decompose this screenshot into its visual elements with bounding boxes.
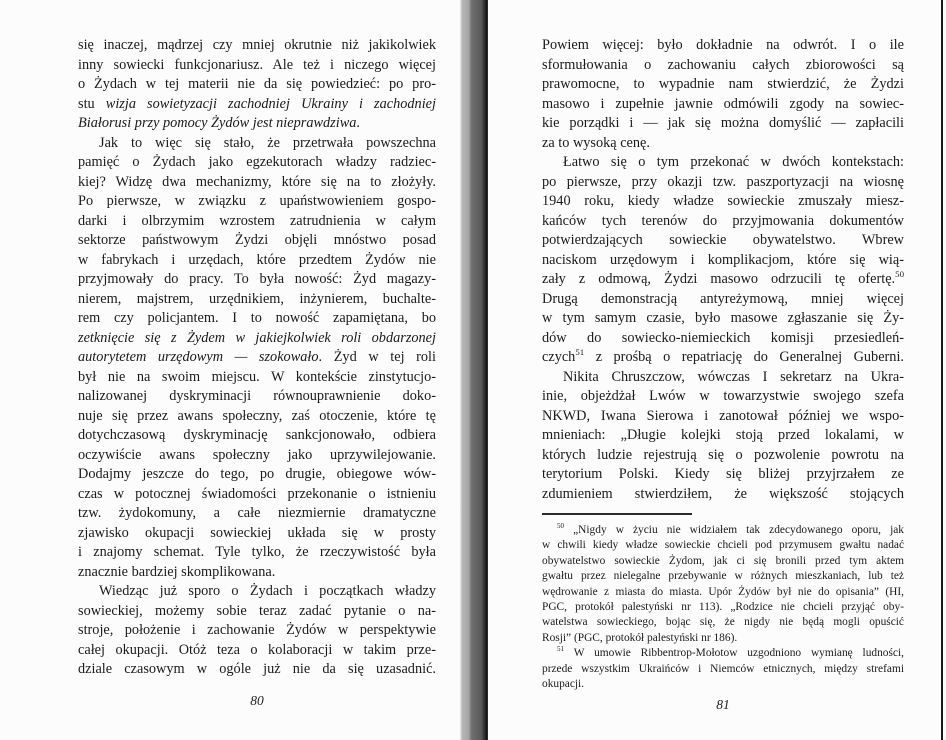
text-run: 1940 roku, kiedy władze sowieckie zmusza…: [542, 193, 904, 209]
text-line: nuje się przez awans społeczny, zaś otoc…: [78, 407, 436, 427]
text-run: się inaczej, mądrzej czy mniej okrutnie …: [78, 37, 436, 53]
text-run: wizja sowietyzacji zachodniej Ukrainy i …: [106, 96, 436, 112]
text-run: znacznie bardziej skomplikowana.: [78, 564, 275, 580]
text-line: przede wszystkim Ukraińców i Niemców etn…: [542, 662, 904, 677]
text-run: autorytetem urzędowym — szokowało: [78, 349, 319, 365]
text-line: autorytetem urzędowym — szokowało. Żyd w…: [78, 348, 436, 368]
text-line: dotychczasową dyskryminację sankcjonował…: [78, 426, 436, 446]
text-run: obywatelstwo sowieckie Żydom, jak ci się…: [542, 555, 904, 567]
text-run: dotychczasową dyskryminację sankcjonował…: [78, 427, 436, 443]
text-line: Wiedząc już sporo o Żydach i początkach …: [78, 582, 436, 602]
text-run: i znajomy schemat. Tyle tylko, że rzeczy…: [78, 544, 436, 560]
text-run: w fabrykach i urzędach, które przedtem Ż…: [78, 252, 436, 268]
text-run: których ludzie rejestrują się o pozwolen…: [542, 447, 904, 463]
text-run: dów do sowiecko-niemieckich komisji prze…: [542, 330, 904, 346]
text-line: po pierwsze, przy okazji tzw. paszportyz…: [542, 173, 904, 193]
text-line: w fabrykach i urzędach, które przedtem Ż…: [78, 251, 436, 271]
text-line: watelstwa sowieckiego, bojąc się, że nig…: [542, 615, 904, 630]
text-run: Nikita Chruszczow, wówczas I sekretarz n…: [563, 369, 904, 385]
text-line: stroje, położenie i zachowanie Żydów w p…: [78, 621, 436, 641]
text-line: sektorze państwowym Żydzi objęli mnóstwo…: [78, 231, 436, 251]
text-line: dów do sowiecko-niemieckich komisji prze…: [542, 329, 904, 349]
text-line: i znajomy schemat. Tyle tylko, że rzeczy…: [78, 543, 436, 563]
text-run: prawomocne, to wypadnie nam stwierdzić, …: [542, 76, 904, 92]
text-line: PGC, protokół palestyński nr 113). „Rodz…: [542, 600, 904, 615]
text-line: zjawisko okupacji sowieckiej układa się …: [78, 524, 436, 544]
text-line: nierem, majstrem, urzędnikiem, inżyniere…: [78, 290, 436, 310]
text-run: watelstwa sowieckiego, bojąc się, że nig…: [542, 616, 904, 628]
text-run: W umowie Ribbentrop-Mołotow uzgodniono w…: [564, 647, 904, 659]
text-run: po pierwsze, przy okazji tzw. paszportyz…: [542, 174, 904, 190]
text-line: kie porządki i — jak się można domyślić …: [542, 114, 904, 134]
text-line: prawomocne, to wypadnie nam stwierdzić, …: [542, 75, 904, 95]
text-run: „Nigdy w życiu nie widziałem tak zdecydo…: [564, 524, 904, 536]
text-run: wędrowanie z miasta do miasta. Upór Żydó…: [542, 586, 904, 598]
text-run: Łatwo się o tym przekonać w dwóch kontek…: [563, 154, 904, 170]
footnote-marker: 50: [557, 522, 564, 530]
text-line: potwierdzających sowieckie obywatelstwo.…: [542, 231, 904, 251]
text-run: Drugą demonstracją antyreżymową, mniej w…: [542, 291, 904, 307]
text-run: zały z odmową, Żydzi masowo odrzucili tę…: [542, 271, 895, 287]
text-line: Dodajmy jeszcze do tego, po drugie, obie…: [78, 465, 436, 485]
text-line: w tym samym czasie, było masowe zgłaszan…: [542, 309, 904, 329]
text-line: w chwili kiedy władze sowieckie chcieli …: [542, 538, 904, 553]
text-line: znacznie bardziej skomplikowana.: [78, 563, 436, 583]
text-run: przyjmowały do pracy. To była nowość: Ży…: [78, 271, 436, 287]
text-run: czych: [542, 349, 575, 365]
text-run: o Żydach w tej materii nie da się powied…: [78, 76, 436, 92]
footnote-rule: [542, 513, 692, 515]
text-line: Powiem więcej: było dokładnie na odwrót.…: [542, 36, 904, 56]
left-page-number: 80: [78, 693, 436, 709]
footnote-marker: 51: [575, 347, 584, 357]
text-line: terytorium Polski. Kiedy się bliżej przy…: [542, 465, 904, 485]
scan-edge-line: [941, 0, 943, 740]
text-run: inny sowiecki funkcjonariusz. Ale też i …: [78, 57, 436, 73]
text-line: wędrowanie z miasta do miasta. Upór Żydó…: [542, 585, 904, 600]
text-line: zdumieniem stwierdziłem, że większość st…: [542, 485, 904, 505]
text-line: nalizowanej dyskryminacji równouprawnien…: [78, 387, 436, 407]
text-line: całej okupacji. Otóż teza o kolaboracji …: [78, 641, 436, 661]
text-line: Białorusi przy pomocy Żydów jest niepraw…: [78, 114, 436, 134]
text-run: stu: [78, 96, 106, 112]
book-gutter-shadow: [460, 0, 488, 740]
text-line: sformułowania o zachowaniu całych zbioro…: [542, 56, 904, 76]
text-run: darki i olbrzymim wzrostem zatrudnienia …: [78, 213, 436, 229]
text-line: gwałtu przez nielegalne przebywanie w ró…: [542, 569, 904, 584]
text-line: zetknięcie się z Żydem w jakiejkolwiek r…: [78, 329, 436, 349]
right-page-text: Powiem więcej: było dokładnie na odwrót.…: [542, 36, 904, 504]
text-run: Wiedząc już sporo o Żydach i początkach …: [99, 583, 436, 599]
text-run: w chwili kiedy władze sowieckie chcieli …: [542, 539, 904, 551]
text-run: całej okupacji. Otóż teza o kolaboracji …: [78, 642, 436, 658]
footnote-section: 50 „Nigdy w życiu nie widziałem tak zdec…: [542, 523, 904, 692]
text-run: Rosji” (PGC, protokół palestyński nr 186…: [542, 632, 737, 644]
text-run: kiej? Widzę dwa mechanizmy, które się na…: [78, 174, 436, 190]
text-run: nuje się przez awans społeczny, zaś otoc…: [78, 408, 436, 424]
text-run: . Żyd w tej roli: [319, 349, 437, 365]
text-run: rem czy policjantem. I to nowość zapamię…: [78, 310, 436, 326]
text-line: Jak to więc się stało, że przetrwała pow…: [78, 134, 436, 154]
text-line: o Żydach w tej materii nie da się powied…: [78, 75, 436, 95]
text-run: inie, objeżdżał Lwów w towarzystwie swoj…: [542, 388, 904, 404]
text-run: kie porządki i — jak się można domyślić …: [542, 115, 904, 131]
text-line: naciskom urzędowym i komplikacjom, które…: [542, 251, 904, 271]
text-run: masowo i zupełnie jawnie odmówili zgody …: [542, 96, 904, 112]
text-line: za to wysoką cenę.: [542, 134, 904, 154]
text-run: Białorusi przy pomocy Żydów jest niepraw…: [78, 115, 356, 131]
text-line: stu wizja sowietyzacji zachodniej Ukrain…: [78, 95, 436, 115]
text-line: tzw. żydokomuny, a całe niezmiernie dram…: [78, 504, 436, 524]
text-run: Powiem więcej: było dokładnie na odwrót.…: [542, 37, 904, 53]
text-run: naciskom urzędowym i komplikacjom, które…: [542, 252, 904, 268]
book-scan: się inaczej, mądrzej czy mniej okrutnie …: [0, 0, 946, 740]
text-line: Łatwo się o tym przekonać w dwóch kontek…: [542, 153, 904, 173]
text-run: okupacji.: [542, 678, 584, 690]
text-line: przyjmowały do pracy. To była nowość: Ży…: [78, 270, 436, 290]
text-run: pamięć o Żydach jako egzekutorach władzy…: [78, 154, 436, 170]
text-run: czas w potocznej świadomości przekonanie…: [78, 486, 436, 502]
left-page-text: się inaczej, mądrzej czy mniej okrutnie …: [78, 36, 436, 680]
right-page: Powiem więcej: było dokładnie na odwrót.…: [542, 36, 904, 692]
text-line: kiej? Widzę dwa mechanizmy, które się na…: [78, 173, 436, 193]
text-run: gwałtu przez nielegalne przebywanie w ró…: [542, 570, 904, 582]
footnote-block: 50 „Nigdy w życiu nie widziałem tak zdec…: [542, 513, 904, 692]
text-line: okupacji.: [542, 677, 904, 692]
text-line: mnieniach: „Długie kolejki stoją przed l…: [542, 426, 904, 446]
text-run: Jak to więc się stało, że przetrwała pow…: [99, 135, 436, 151]
text-line: 50 „Nigdy w życiu nie widziałem tak zdec…: [542, 523, 904, 538]
text-run: terytorium Polski. Kiedy się bliżej przy…: [542, 466, 904, 482]
footnote-marker: 50: [895, 269, 904, 279]
text-run: w tym samym czasie, było masowe zgłaszan…: [542, 310, 904, 326]
footnote-marker: 51: [557, 645, 564, 653]
text-line: inny sowiecki funkcjonariusz. Ale też i …: [78, 56, 436, 76]
text-line: inie, objeżdżał Lwów w towarzystwie swoj…: [542, 387, 904, 407]
text-run: sowieckiej, możemy sobie teraz zadać pyt…: [78, 603, 436, 619]
text-line: Rosji” (PGC, protokół palestyński nr 186…: [542, 631, 904, 646]
text-line: czych51 z prośbą o repatriację do Genera…: [542, 348, 904, 368]
text-line: pamięć o Żydach jako egzekutorach władzy…: [78, 153, 436, 173]
text-line: darki i olbrzymim wzrostem zatrudnienia …: [78, 212, 436, 232]
text-line: zały z odmową, Żydzi masowo odrzucili tę…: [542, 270, 904, 290]
text-run: był nie na swoim miejscu. W kontekście z…: [78, 369, 436, 385]
text-run: przede wszystkim Ukraińców i Niemców etn…: [542, 663, 904, 675]
text-run: z prośbą o repatriację do Generalnej Gub…: [584, 349, 904, 365]
text-run: potwierdzających sowieckie obywatelstwo.…: [542, 232, 904, 248]
text-line: których ludzie rejestrują się o pozwolen…: [542, 446, 904, 466]
text-run: oczywiście awans społeczny jako uprzywil…: [78, 447, 436, 463]
text-run: zjawisko okupacji sowieckiej układa się …: [78, 525, 436, 541]
text-line: sowieckiej, możemy sobie teraz zadać pyt…: [78, 602, 436, 622]
text-run: sformułowania o zachowaniu całych zbioro…: [542, 57, 904, 73]
text-run: sektorze państwowym Żydzi objęli mnóstwo…: [78, 232, 436, 248]
text-line: Po pierwsze, w związku z upaństwowieniem…: [78, 192, 436, 212]
text-line: masowo i zupełnie jawnie odmówili zgody …: [542, 95, 904, 115]
text-line: 1940 roku, kiedy władze sowieckie zmusza…: [542, 192, 904, 212]
text-run: za to wysoką cenę.: [542, 135, 650, 151]
text-line: czas w potocznej świadomości przekonanie…: [78, 485, 436, 505]
text-line: kańców tych terenów do przyjmowania doku…: [542, 212, 904, 232]
text-run: zdumieniem stwierdziłem, że większość st…: [542, 486, 904, 502]
text-line: obywatelstwo sowieckie Żydom, jak ci się…: [542, 554, 904, 569]
text-run: kańców tych terenów do przyjmowania doku…: [542, 213, 904, 229]
text-run: PGC, protokół palestyński nr 113). „Rodz…: [542, 601, 904, 613]
text-line: oczywiście awans społeczny jako uprzywil…: [78, 446, 436, 466]
text-line: się inaczej, mądrzej czy mniej okrutnie …: [78, 36, 436, 56]
text-line: był nie na swoim miejscu. W kontekście z…: [78, 368, 436, 388]
text-line: dziale czasowym w ogóle już nie da się u…: [78, 660, 436, 680]
text-line: NKWD, Iwana Sierowa i zanotował później …: [542, 407, 904, 427]
text-line: Nikita Chruszczow, wówczas I sekretarz n…: [542, 368, 904, 388]
text-run: nalizowanej dyskryminacji równouprawnien…: [78, 388, 436, 404]
text-line: 51 W umowie Ribbentrop-Mołotow uzgodnion…: [542, 646, 904, 661]
text-run: Dodajmy jeszcze do tego, po drugie, obie…: [78, 466, 436, 482]
text-run: zetknięcie się z Żydem w jakiejkolwiek r…: [78, 330, 436, 346]
text-line: rem czy policjantem. I to nowość zapamię…: [78, 309, 436, 329]
text-run: tzw. żydokomuny, a całe niezmiernie dram…: [78, 505, 436, 521]
text-run: .: [356, 115, 360, 131]
text-run: mnieniach: „Długie kolejki stoją przed l…: [542, 427, 904, 443]
text-line: Drugą demonstracją antyreżymową, mniej w…: [542, 290, 904, 310]
left-page: się inaczej, mądrzej czy mniej okrutnie …: [78, 36, 436, 680]
right-page-number: 81: [542, 697, 904, 713]
text-run: stroje, położenie i zachowanie Żydów w p…: [78, 622, 436, 638]
text-run: nierem, majstrem, urzędnikiem, inżyniere…: [78, 291, 436, 307]
text-run: NKWD, Iwana Sierowa i zanotował później …: [542, 408, 904, 424]
text-run: Po pierwsze, w związku z upaństwowieniem…: [78, 193, 436, 209]
text-run: dziale czasowym w ogóle już nie da się u…: [78, 661, 436, 677]
